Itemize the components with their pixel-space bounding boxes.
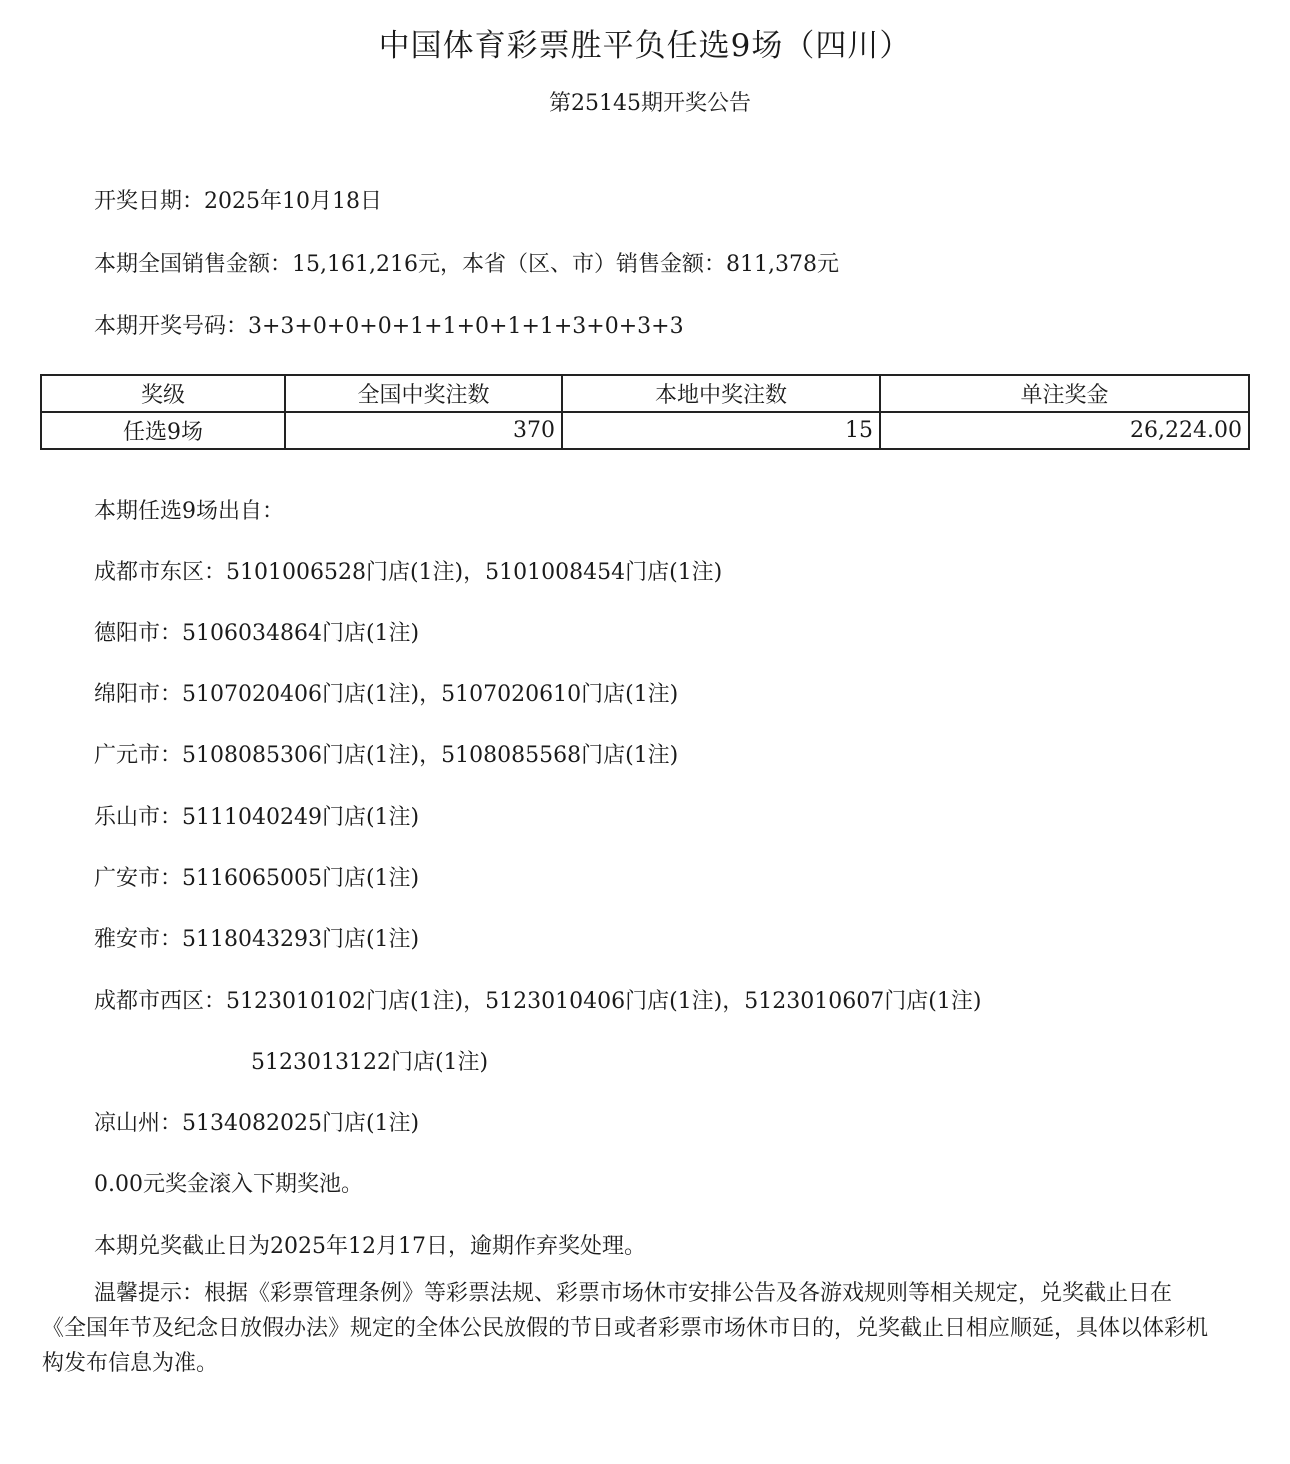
winner-line-leshan: 乐山市：5111040249门店(1注) [94,800,419,831]
table-header-row: 奖级 全国中奖注数 本地中奖注数 单注奖金 [41,375,1249,412]
winner-line-chengdu-west-cont: 5123013122门店(1注) [251,1045,488,1076]
header-single-prize: 单注奖金 [880,375,1249,412]
header-local-count: 本地中奖注数 [562,375,880,412]
winner-line-deyang: 德阳市：5106034864门店(1注) [94,616,419,647]
cell-national-count: 370 [285,412,562,449]
sales-amount: 本期全国销售金额：15,161,216元，本省（区、市）销售金额：811,378… [94,247,839,278]
table-row: 任选9场 370 15 26,224.00 [41,412,1249,449]
cell-prize-level: 任选9场 [41,412,285,449]
prize-table: 奖级 全国中奖注数 本地中奖注数 单注奖金 任选9场 370 15 26,224… [40,374,1250,450]
deadline-text: 本期兑奖截止日为2025年12月17日，逾期作弃奖处理。 [94,1229,646,1260]
header-prize-level: 奖级 [41,375,285,412]
winner-line-chengdu-east: 成都市东区：5101006528门店(1注)，5101008454门店(1注) [94,555,722,586]
issue-subtitle: 第25145期开奖公告 [0,86,1290,117]
winner-line-guangan: 广安市：5116065005门店(1注) [94,861,419,892]
winner-line-guangyuan: 广元市：5108085306门店(1注)，5108085568门店(1注) [94,738,678,769]
winners-heading: 本期任选9场出自： [94,494,284,525]
winning-numbers: 本期开奖号码：3+3+0+0+0+1+1+0+1+1+3+0+3+3 [94,309,684,340]
winner-line-mianyang: 绵阳市：5107020406门店(1注)，5107020610门店(1注) [94,677,678,708]
notice-paragraph: 温馨提示：根据《彩票管理条例》等彩票法规、彩票市场休市安排公告及各游戏规则等相关… [42,1276,1212,1381]
header-national-count: 全国中奖注数 [285,375,562,412]
cell-local-count: 15 [562,412,880,449]
draw-date: 开奖日期：2025年10月18日 [94,184,382,215]
winner-line-liangshan: 凉山州：5134082025门店(1注) [94,1106,419,1137]
winner-line-yaan: 雅安市：5118043293门店(1注) [94,922,419,953]
page-title: 中国体育彩票胜平负任选9场（四川） [0,20,1290,65]
rollover-text: 0.00元奖金滚入下期奖池。 [94,1167,363,1198]
winner-line-chengdu-west: 成都市西区：5123010102门店(1注)，5123010406门店(1注)，… [94,984,981,1015]
cell-single-prize: 26,224.00 [880,412,1249,449]
